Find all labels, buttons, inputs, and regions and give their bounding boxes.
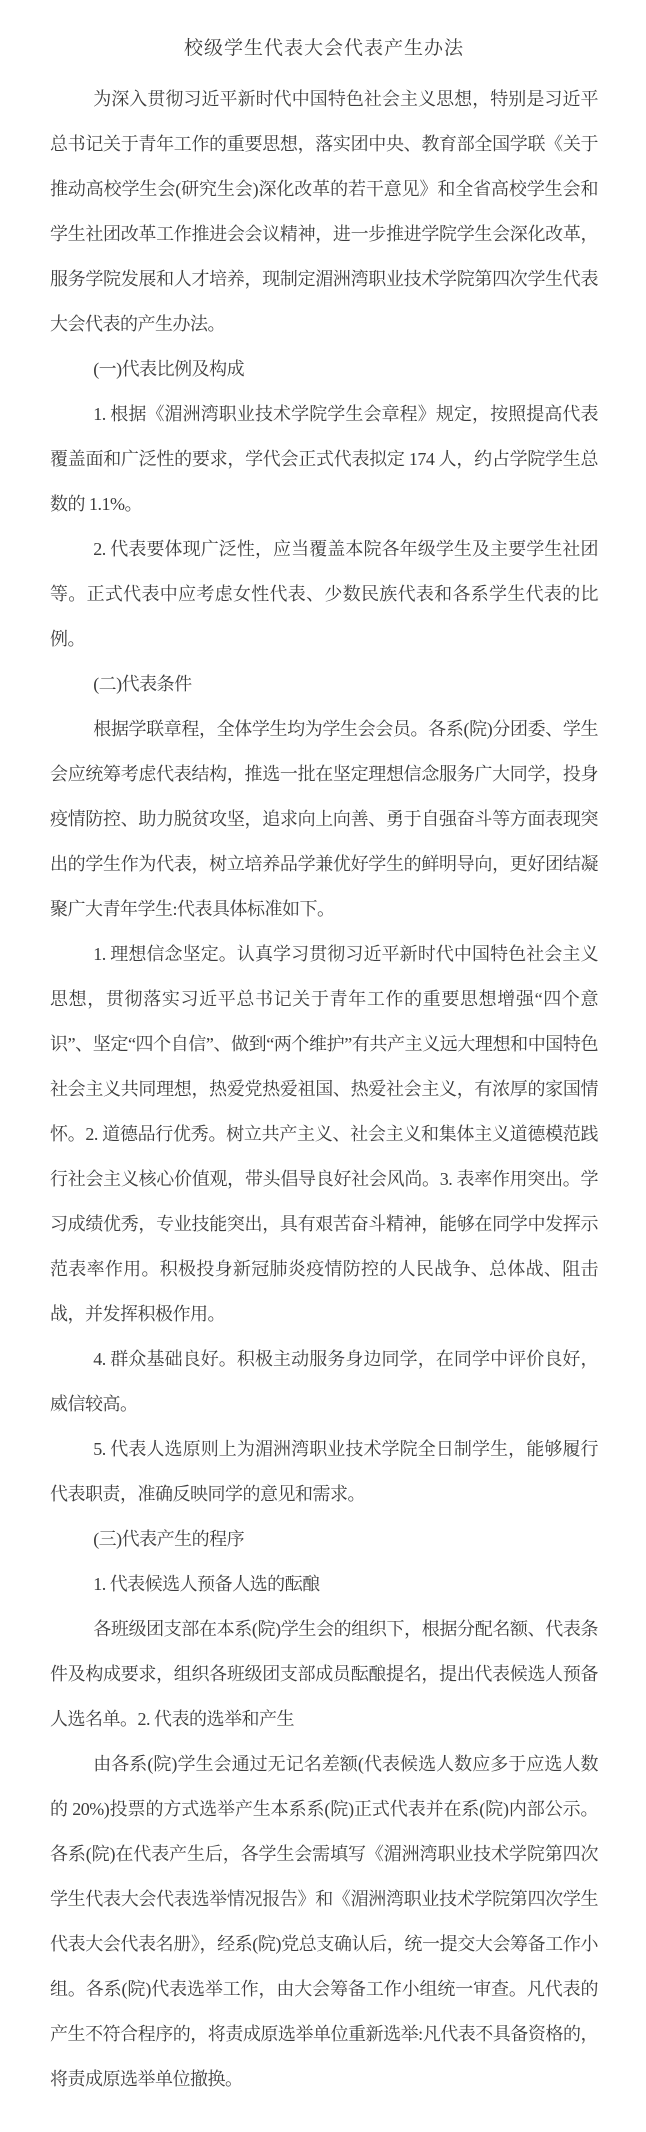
paragraph-conditions-items-1-3: 1. 理想信念坚定。认真学习贯彻习近平新时代中国特色社会主义思想，贯彻落实习近平… xyxy=(50,932,598,1337)
document-page: 校级学生代表大会代表产生办法 为深入贯彻习近平新时代中国特色社会主义思想，特别是… xyxy=(0,0,646,2132)
paragraph-conditions-item-4: 4. 群众基础良好。积极主动服务身边同学，在同学中评价良好，威信较高。 xyxy=(50,1337,598,1427)
section-heading-1: (一)代表比例及构成 xyxy=(50,347,598,392)
document-title: 校级学生代表大会代表产生办法 xyxy=(50,26,598,71)
paragraph-procedure-step-1-body: 各班级团支部在本系(院)学生会的组织下，根据分配名额、代表条件及构成要求，组织各… xyxy=(50,1607,598,1742)
paragraph-intro: 为深入贯彻习近平新时代中国特色社会主义思想，特别是习近平总书记关于青年工作的重要… xyxy=(50,77,598,347)
paragraph-conditions-item-5: 5. 代表人选原则上为湄洲湾职业技术学院全日制学生，能够履行代表职责，准确反映同… xyxy=(50,1427,598,1517)
paragraph-ratio-item-2: 2. 代表要体现广泛性，应当覆盖本院各年级学生及主要学生社团等。正式代表中应考虑… xyxy=(50,527,598,662)
section-heading-2: (二)代表条件 xyxy=(50,662,598,707)
section-heading-3: (三)代表产生的程序 xyxy=(50,1517,598,1562)
paragraph-procedure-step-2-body: 由各系(院)学生会通过无记名差额(代表候选人数应多于应选人数的 20%)投票的方… xyxy=(50,1742,598,2102)
paragraph-procedure-step-1-title: 1. 代表候选人预备人选的酝酿 xyxy=(50,1562,598,1607)
paragraph-ratio-item-1: 1. 根据《湄洲湾职业技术学院学生会章程》规定，按照提高代表覆盖面和广泛性的要求… xyxy=(50,392,598,527)
paragraph-conditions-intro: 根据学联章程，全体学生均为学生会会员。各系(院)分团委、学生会应统筹考虑代表结构… xyxy=(50,707,598,932)
